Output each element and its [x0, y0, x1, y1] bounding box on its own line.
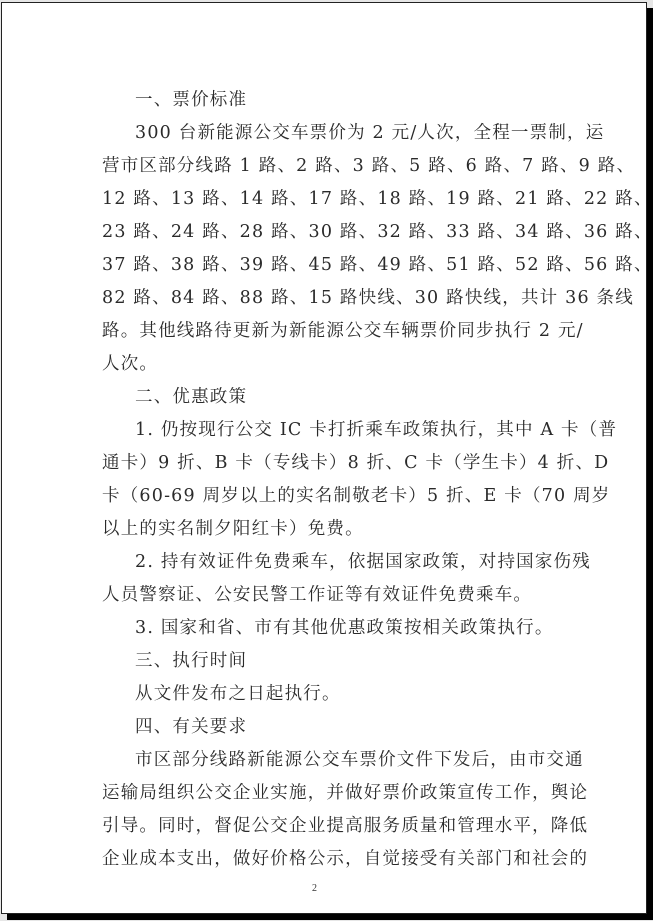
- section-heading-ticket-price: 一、票价标准: [135, 89, 587, 111]
- paragraph-line: 82 路、84 路、88 路、15 路快线、30 路快线，共计 36 条线: [102, 287, 554, 309]
- paragraph-line: 卡（60-69 周岁以上的实名制敬老卡）5 折、E 卡（70 周岁: [102, 485, 554, 507]
- section-heading-effective-date: 三、执行时间: [135, 650, 587, 672]
- paragraph-line: 37 路、38 路、39 路、45 路、49 路、51 路、52 路、56 路、: [102, 254, 554, 276]
- document-page: 一、票价标准 300 台新能源公交车票价为 2 元/人次，全程一票制，运 营市区…: [1, 2, 647, 914]
- section-heading-requirements: 四、有关要求: [135, 716, 587, 738]
- paragraph-line: 1. 仍按现行公交 IC 卡打折乘车政策执行，其中 A 卡（普: [135, 419, 554, 441]
- paragraph-line: 通卡）9 折、B 卡（专线卡）8 折、C 卡（学生卡）4 折、D: [102, 452, 554, 474]
- paragraph-line: 以上的实名制夕阳红卡）免费。: [102, 518, 554, 540]
- paragraph-line: 路。其他线路待更新为新能源公交车辆票价同步执行 2 元/: [102, 320, 554, 342]
- paragraph-line: 12 路、13 路、14 路、17 路、18 路、19 路、21 路、22 路、: [102, 188, 554, 210]
- paragraph-line: 运输局组织公交企业实施，并做好票价政策宣传工作，舆论: [102, 782, 554, 804]
- paragraph-line: 从文件发布之日起执行。: [135, 683, 587, 705]
- paragraph-line: 引导。同时，督促公交企业提高服务质量和管理水平，降低: [102, 815, 554, 837]
- paragraph-line: 2. 持有效证件免费乘车，依据国家政策，对持国家伤残: [135, 551, 554, 573]
- paragraph-line: 23 路、24 路、28 路、30 路、32 路、33 路、34 路、36 路、: [102, 221, 554, 243]
- paragraph-line: 企业成本支出，做好价格公示，自觉接受有关部门和社会的: [102, 848, 554, 870]
- paragraph-line: 人员警察证、公安民警工作证等有效证件免费乘车。: [102, 584, 554, 606]
- paragraph-line: 300 台新能源公交车票价为 2 元/人次，全程一票制，运: [135, 122, 554, 144]
- paragraph-line: 市区部分线路新能源公交车票价文件下发后，由市交通: [135, 749, 554, 771]
- section-heading-discount-policy: 二、优惠政策: [135, 386, 587, 408]
- paragraph-line: 人次。: [102, 353, 554, 375]
- paragraph-line: 3. 国家和省、市有其他优惠政策按相关政策执行。: [135, 617, 587, 639]
- page-number: 2: [312, 883, 317, 894]
- paragraph-line: 营市区部分线路 1 路、2 路、3 路、5 路、6 路、7 路、9 路、: [102, 155, 554, 177]
